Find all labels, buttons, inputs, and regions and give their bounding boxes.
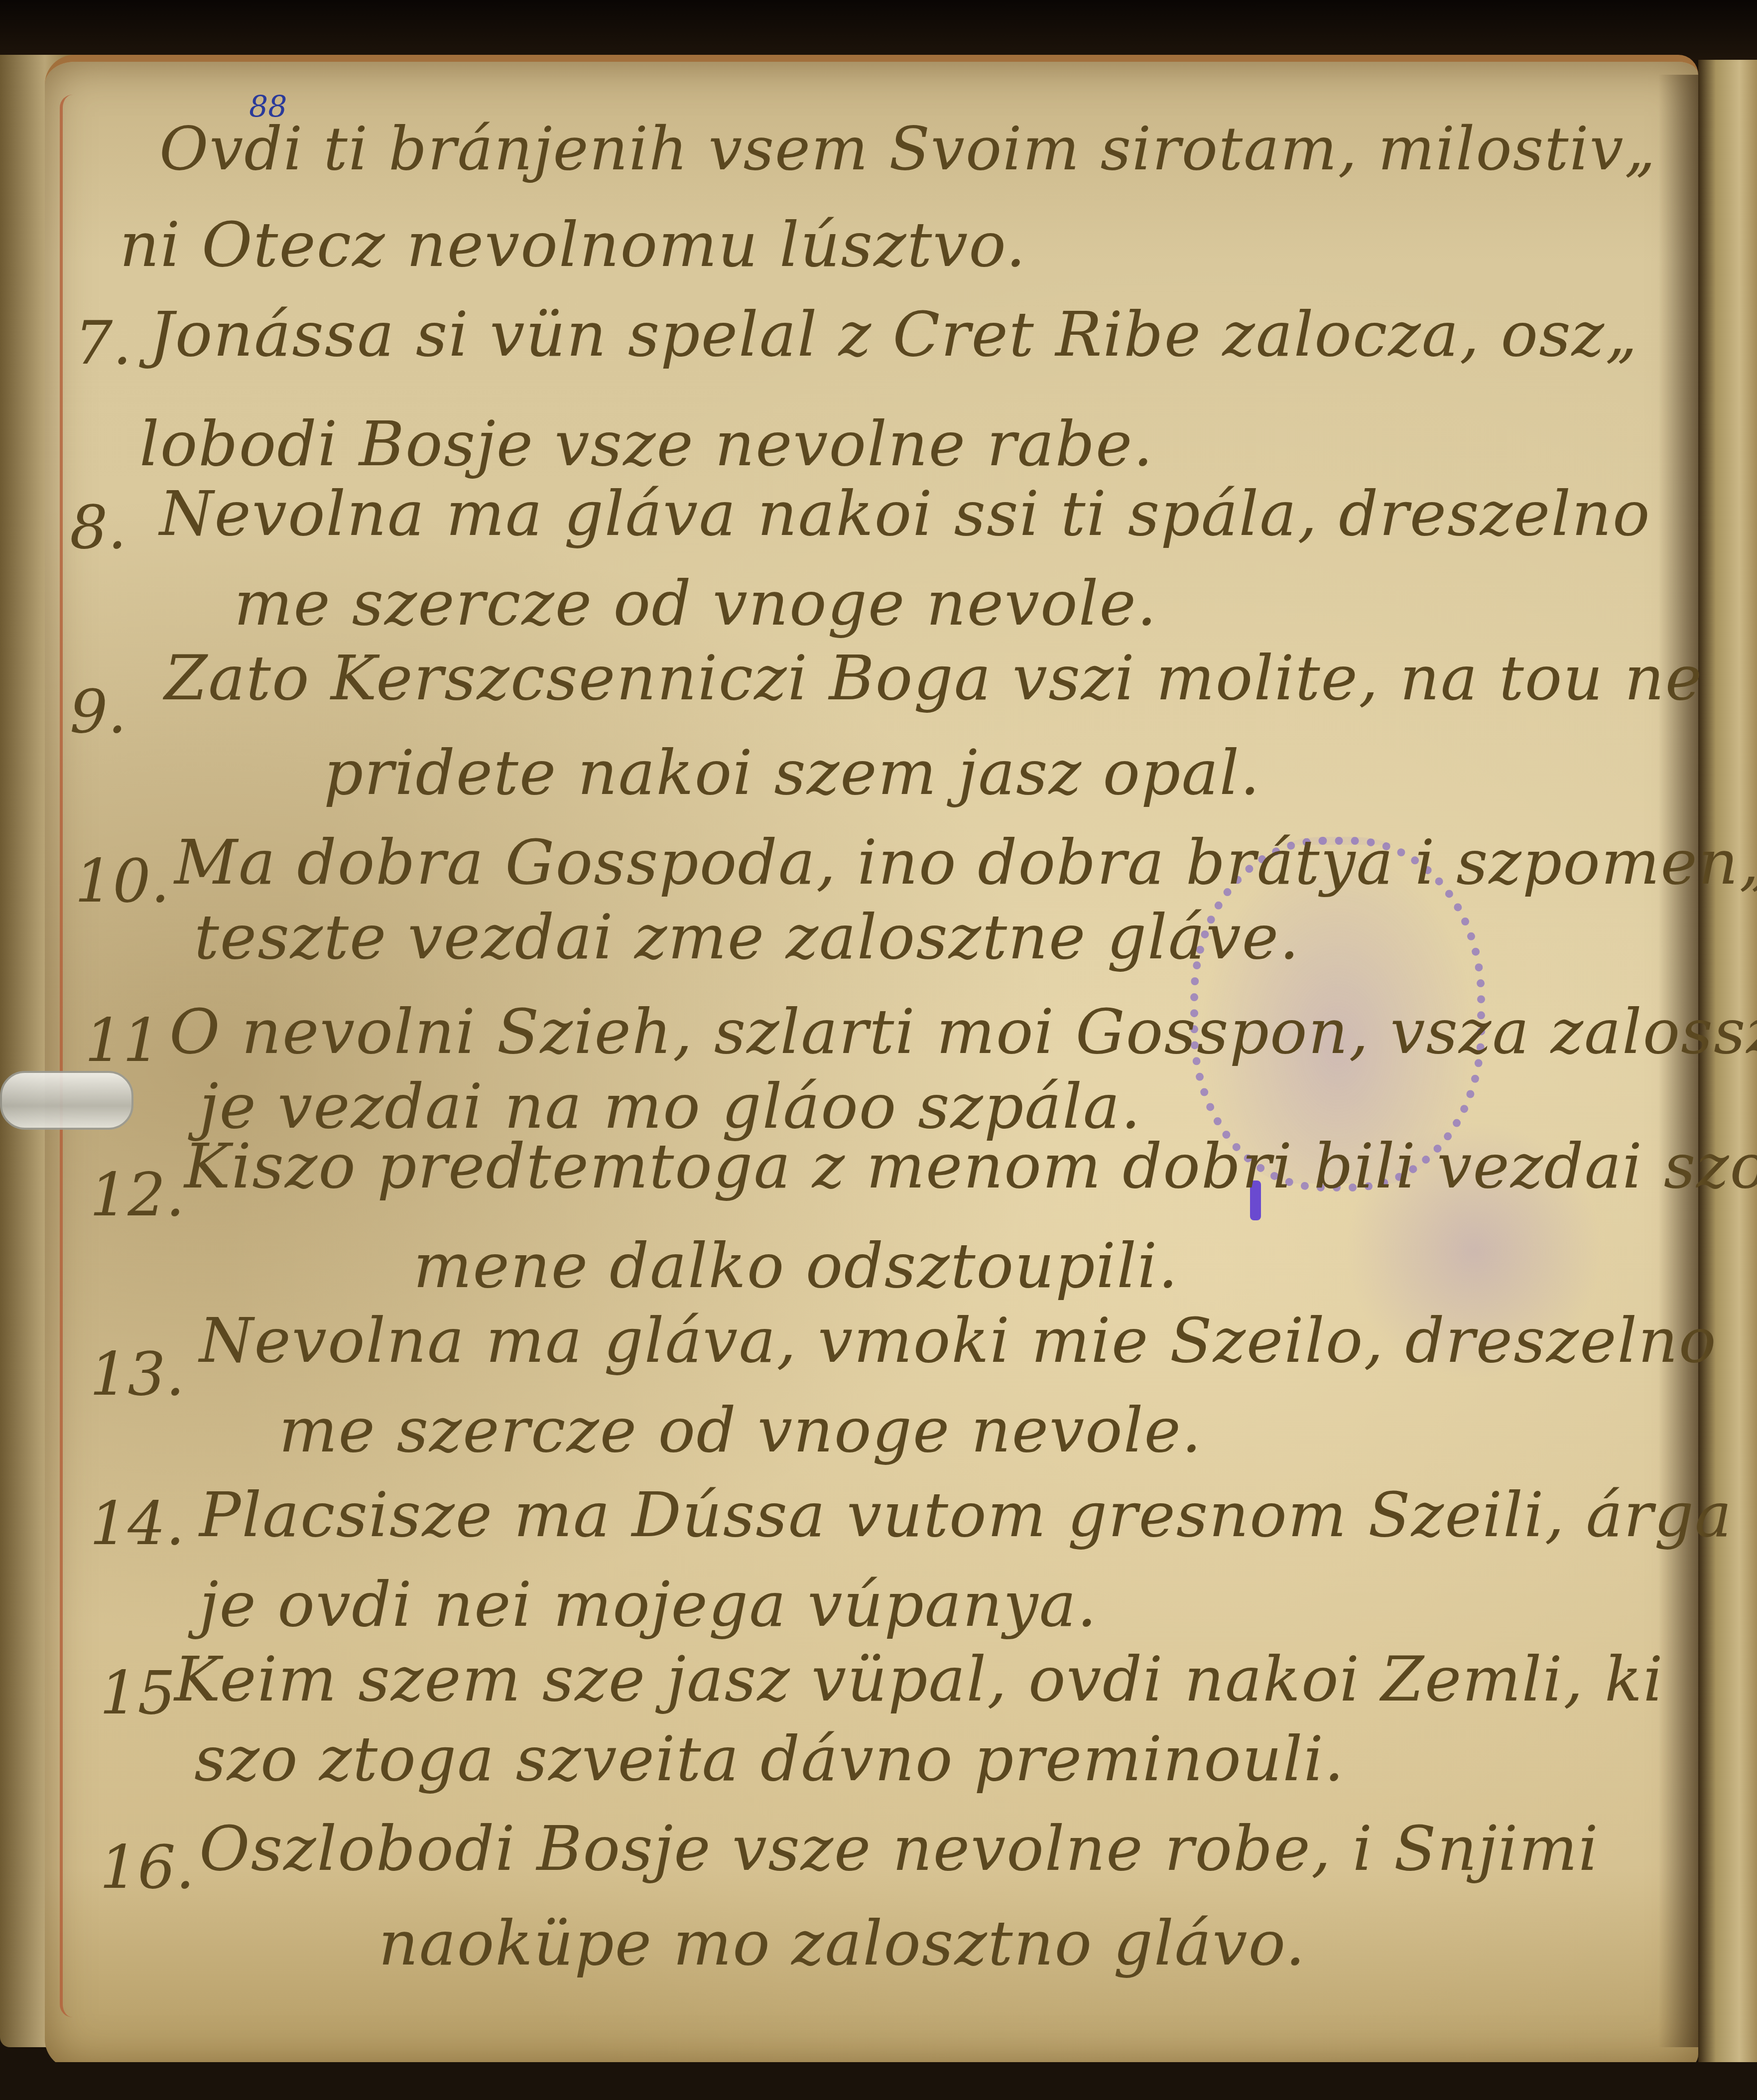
text-line: ni Otecz nevolnomu lúsztvo. xyxy=(120,209,1026,281)
stanza-number: 10. xyxy=(75,847,170,916)
text-line: O nevolni Szieh, szlarti moi Gosspon, vs… xyxy=(169,996,1757,1068)
text-line: mene dalko odsztoupili. xyxy=(413,1230,1179,1302)
text-line: Zato Kerszcsenniczi Boga vszi molite, na… xyxy=(164,643,1703,714)
stanza-number: 14. xyxy=(90,1489,185,1559)
next-leaf-edge xyxy=(1698,60,1757,2100)
text-line: szo ztoga szveita dávno preminouli. xyxy=(194,1723,1345,1795)
text-line: Ma dobra Gosspoda, ino dobra brátya i sz… xyxy=(174,827,1757,899)
stanza-number: 15 xyxy=(100,1659,176,1728)
stanza-number: 16. xyxy=(100,1833,195,1902)
glass-page-holder xyxy=(0,1071,133,1130)
stanza-number: 13. xyxy=(90,1340,185,1409)
text-line: Placsisze ma Dússa vutom gresnom Szeili,… xyxy=(199,1479,1733,1551)
text-line: naoküpe mo zalosztno glávo. xyxy=(378,1908,1306,1979)
text-line: je ovdi nei mojega vúpanya. xyxy=(199,1569,1098,1641)
text-line: Ovdi ti bránjenih vsem Svoim sirotam, mi… xyxy=(159,115,1656,184)
text-line: Oszlobodi Bosje vsze nevolne robe, i Snj… xyxy=(199,1813,1599,1885)
text-line: me szercze od vnoge nevole. xyxy=(234,568,1157,640)
text-line: Nevolna ma gláva, vmoki mie Szeilo, dres… xyxy=(199,1305,1717,1377)
stanza-number: 7. xyxy=(75,309,132,378)
text-line: Kiszo predtemtoga z menom dobri bili vez… xyxy=(184,1131,1757,1202)
stanza-number: 8. xyxy=(70,493,127,562)
text-line: pridete nakoi szem jasz opal. xyxy=(324,737,1261,809)
stanza-number: 12. xyxy=(90,1161,185,1230)
stanza-number: 11 xyxy=(85,1006,161,1075)
background-bottom xyxy=(0,2062,1757,2100)
text-line: lobodi Bosje vsze nevolne rabe. xyxy=(139,408,1154,480)
text-line: Jonássa si vün spelal z Cret Ribe zalocz… xyxy=(149,299,1638,371)
text-line: Keim szem sze jasz vüpal, ovdi nakoi Zem… xyxy=(174,1644,1664,1715)
page-ruled-margin xyxy=(60,95,73,2017)
background-top xyxy=(0,0,1757,60)
text-line: Nevolna ma gláva nakoi ssi ti spála, dre… xyxy=(159,478,1651,550)
text-line: teszte vezdai zme zalosztne gláve. xyxy=(194,902,1300,973)
text-line: me szercze od vnoge nevole. xyxy=(279,1395,1202,1466)
stanza-number: 9. xyxy=(70,677,127,747)
